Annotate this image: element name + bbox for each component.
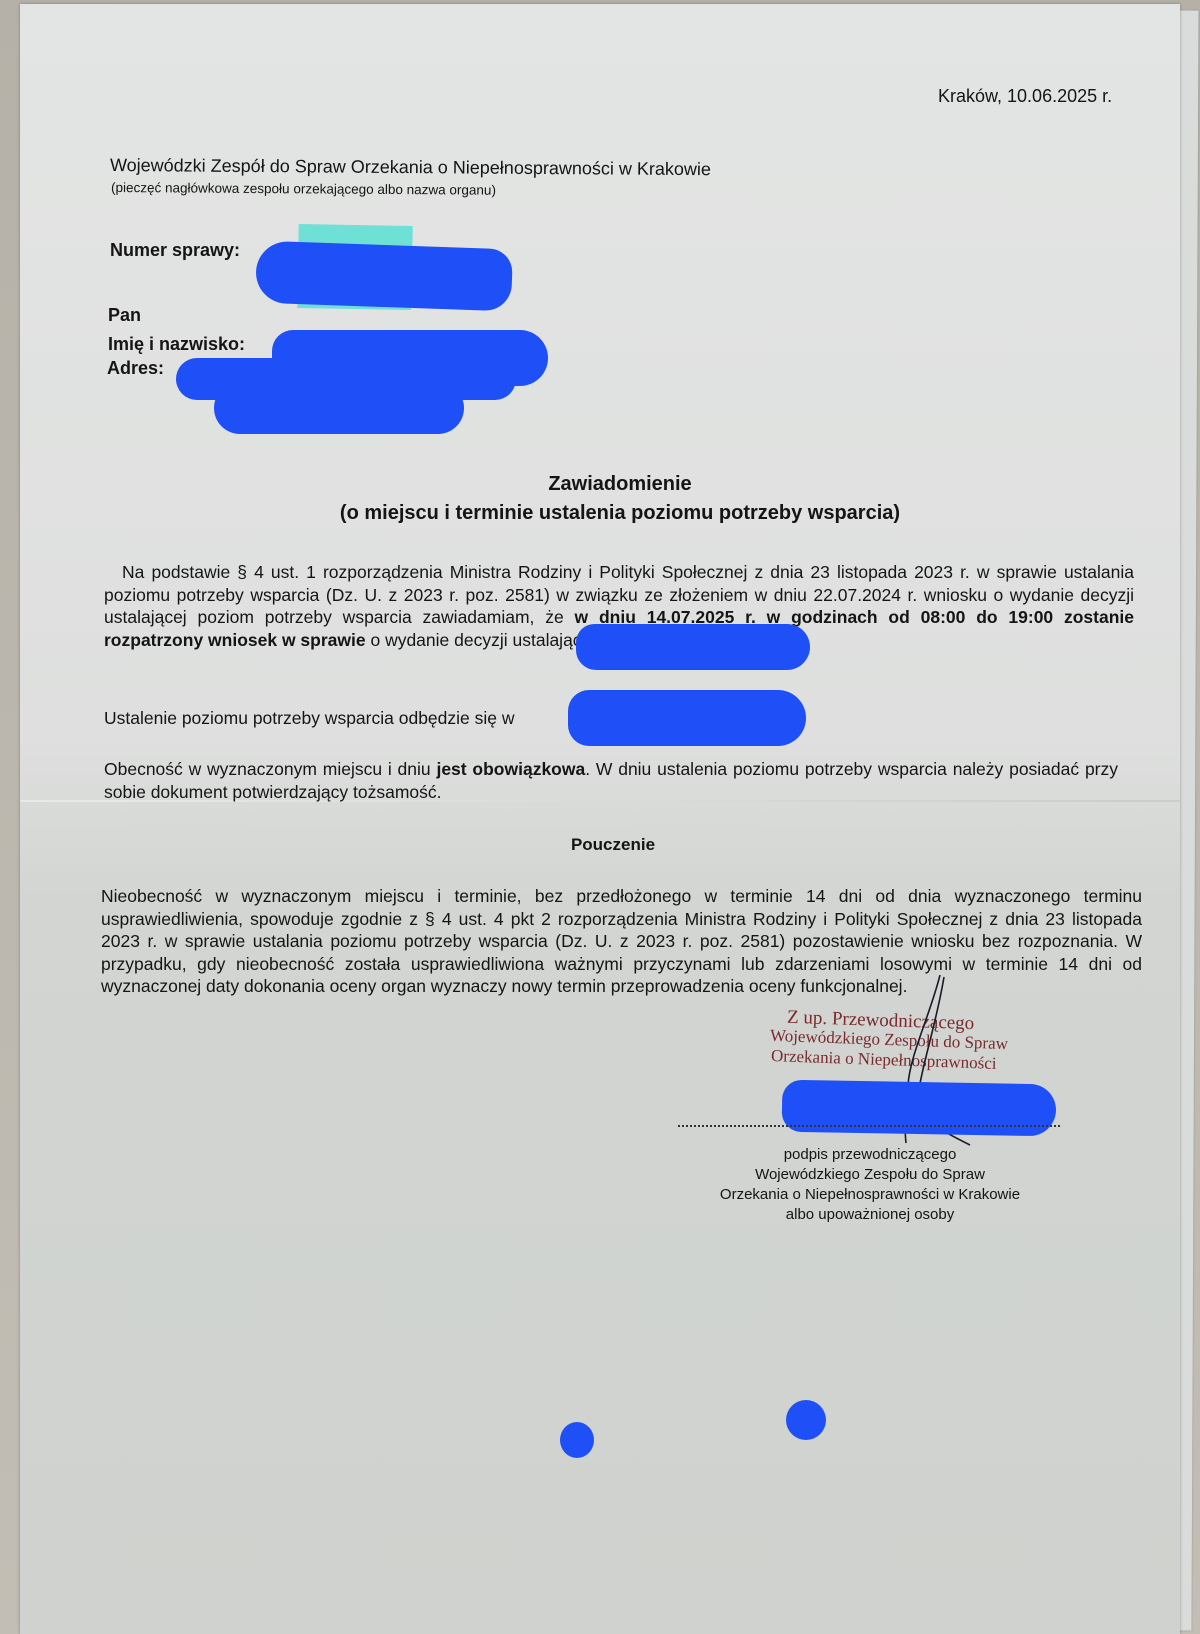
- name-label: Imię i nazwisko:: [108, 334, 245, 355]
- redaction-address-2: [214, 382, 464, 434]
- document-title: Zawiadomienie: [0, 473, 1200, 496]
- organization-note: (pieczęć nagłówkowa zespołu orzekającego…: [111, 180, 496, 198]
- attendance-paragraph: Obecność w wyznaczonym miejscu i dniu je…: [104, 758, 1118, 803]
- address-label: Adres:: [107, 358, 164, 379]
- instruction-heading: Pouczenie: [0, 835, 1200, 855]
- redaction-dot-1: [560, 1422, 594, 1458]
- redaction-case-subject: [576, 624, 810, 670]
- organization-name: Wojewódzki Zespół do Spraw Orzekania o N…: [110, 155, 711, 180]
- case-number-label: Numer sprawy:: [110, 240, 240, 261]
- redaction-location: [568, 690, 806, 746]
- redaction-dot-2: [786, 1400, 826, 1440]
- redaction-signature: [782, 1080, 1057, 1137]
- document-subtitle: (o miejscu i terminie ustalenia poziomu …: [0, 502, 1200, 525]
- signature-line: [678, 1125, 1060, 1127]
- attendance-mandatory: jest obowiązkowa: [436, 759, 585, 779]
- signature-caption: podpis przewodniczącego Wojewódzkiego Ze…: [690, 1145, 1050, 1225]
- salutation: Pan: [108, 305, 141, 326]
- place-date: Kraków, 10.06.2025 r.: [938, 86, 1112, 107]
- redaction-case-number: [255, 241, 513, 312]
